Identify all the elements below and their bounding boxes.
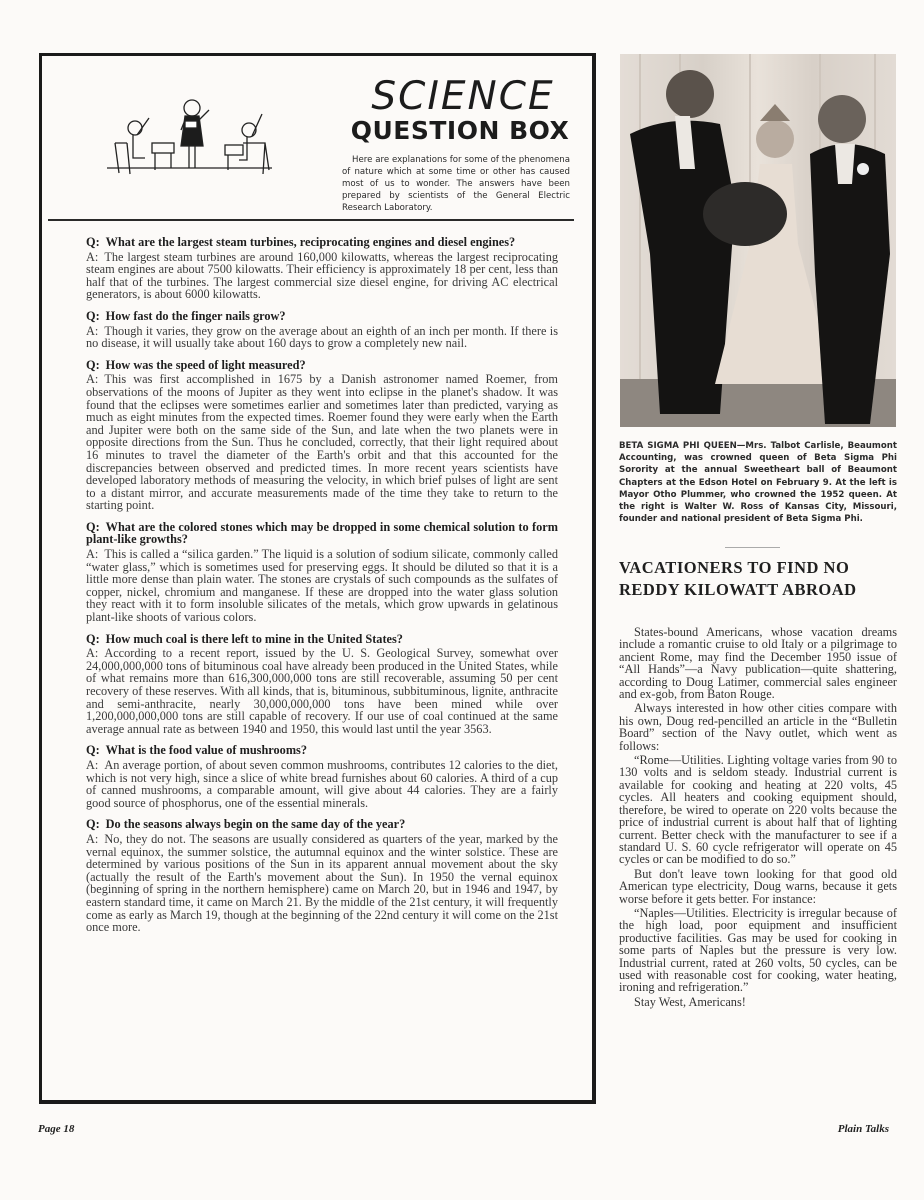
publication-name: Plain Talks [838,1123,889,1135]
question: Q:How was the speed of light measured? [86,359,558,372]
article-headline: VACATIONERS TO FIND NO REDDY KILOWATT AB… [619,557,879,601]
question: Q:Do the seasons always begin on the sam… [86,818,558,831]
title-question-box: QUESTION BOX [329,116,591,145]
question: Q:What is the food value of mushrooms? [86,744,558,757]
question: Q:How much coal is there left to mine in… [86,633,558,646]
answer: A:An average portion, of about seven com… [86,759,558,809]
qa-item: Q:How was the speed of light measured? A… [86,359,558,512]
answer: A:This was first accomplished in 1675 by… [86,373,558,512]
answer: A:The largest steam turbines are around … [86,251,558,301]
article-body: States-bound Americans, whose vacation d… [619,626,897,1010]
qa-item: Q:What are the colored stones which may … [86,521,558,624]
qa-item: Q:What are the largest steam turbines, r… [86,236,558,301]
photo-caption: BETA SIGMA PHI QUEEN—Mrs. Talbot Carlisl… [619,440,897,525]
classroom-cartoon-icon [97,88,277,188]
article-paragraph: “Rome—Utilities. Lighting voltage varies… [619,754,897,866]
science-question-box: SCIENCE QUESTION BOX Here are explanatio… [39,53,596,1104]
caption-separator [725,547,780,548]
answer: A:No, they do not. The seasons are usual… [86,833,558,934]
article-paragraph: Stay West, Americans! [619,996,897,1008]
page-number: Page 18 [38,1123,74,1135]
qa-item: Q:How fast do the finger nails grow? A:T… [86,310,558,350]
intro-text: Here are explanations for some of the ph… [342,154,570,214]
qa-item: Q:What is the food value of mushrooms? A… [86,744,558,809]
beta-sigma-phi-photo [620,54,896,427]
article-paragraph: “Naples—Utilities. Electricity is irregu… [619,907,897,994]
title-science: SCIENCE [338,74,588,119]
header-divider [48,219,574,221]
qa-item: Q:Do the seasons always begin on the sam… [86,818,558,933]
answer: A:Though it varies, they grow on the ave… [86,325,558,350]
article-paragraph: Always interested in how other cities co… [619,702,897,752]
qa-list: Q:What are the largest steam turbines, r… [86,236,558,943]
article-paragraph: But don't leave town looking for that go… [619,868,897,905]
question: Q:What are the colored stones which may … [86,521,558,546]
question-box-header: SCIENCE QUESTION BOX Here are explanatio… [42,56,592,218]
answer: A:This is called a “silica garden.” The … [86,548,558,624]
qa-item: Q:How much coal is there left to mine in… [86,633,558,736]
portrait-photo-icon [620,54,896,427]
article-paragraph: States-bound Americans, whose vacation d… [619,626,897,700]
answer: A:According to a recent report, issued b… [86,647,558,735]
question: Q:How fast do the finger nails grow? [86,310,558,323]
question: Q:What are the largest steam turbines, r… [86,236,558,249]
